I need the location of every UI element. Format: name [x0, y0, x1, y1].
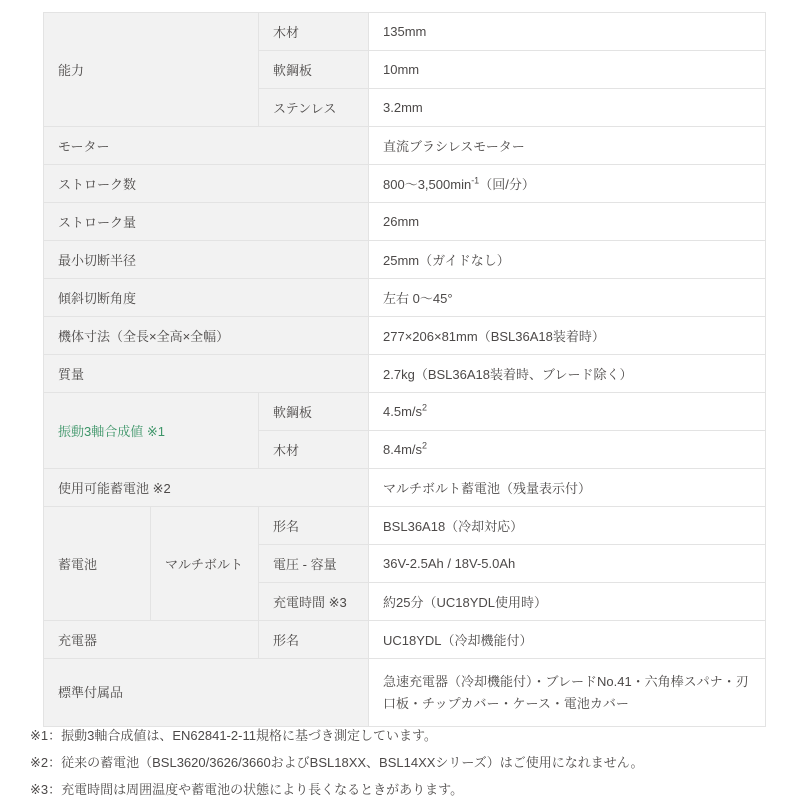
spec-label-stroke-length: ストローク量 — [44, 203, 369, 241]
spec-value-battery-voltage: 36V-2.5Ah / 18V-5.0Ah — [369, 545, 766, 583]
stroke-rate-superscript: -1 — [471, 176, 479, 186]
spec-section: 能力 木材 135mm 軟鋼板 10mm ステンレス 3.2mm モーター 直流… — [43, 12, 766, 727]
spec-label-capacity: 能力 — [44, 13, 259, 127]
row-weight: 質量 2.7kg（BSL36A18装着時、ブレード除く） — [44, 355, 766, 393]
spec-label-charger: 充電器 — [44, 621, 259, 659]
spec-value-accessories: 急速充電器（冷却機能付）・ブレードNo.41・六角棒スパナ・刃口板・チップカバー… — [369, 659, 766, 727]
vibration-wood-base: 8.4m/s — [383, 442, 422, 457]
spec-sublabel-battery-voltage: 電圧 - 容量 — [259, 545, 369, 583]
row-battery-model: 蓄電池 マルチボルト 形名 BSL36A18（冷却対応） — [44, 507, 766, 545]
spec-value-bevel-cutting-angle: 左右 0～45° — [369, 279, 766, 317]
spec-value-stroke-rate: 800～3,500min-1（回/分） — [369, 165, 766, 203]
footnotes: ※1：振動3軸合成値は、EN62841-2-11規格に基づき測定しています。 ※… — [30, 727, 644, 808]
spec-value-battery-charge-time: 約25分（UC18YDL使用時） — [369, 583, 766, 621]
spec-label-usable-battery: 使用可能蓄電池 ※2 — [44, 469, 369, 507]
vibration-mild-steel-superscript: 2 — [422, 403, 427, 413]
row-charger: 充電器 形名 UC18YDL（冷却機能付） — [44, 621, 766, 659]
spec-value-min-cutting-radius: 25mm（ガイドなし） — [369, 241, 766, 279]
row-motor: モーター 直流ブラシレスモーター — [44, 127, 766, 165]
spec-label-motor: モーター — [44, 127, 369, 165]
footnote-3: ※3：充電時間は周囲温度や蓄電池の状態により長くなるときがあります。 — [30, 781, 644, 798]
spec-label-multivolt: マルチボルト — [151, 507, 259, 621]
spec-value-motor: 直流ブラシレスモーター — [369, 127, 766, 165]
spec-sublabel-stainless: ステンレス — [259, 89, 369, 127]
spec-label-weight: 質量 — [44, 355, 369, 393]
row-usable-battery: 使用可能蓄電池 ※2 マルチボルト蓄電池（残量表示付） — [44, 469, 766, 507]
spec-sublabel-mild-steel: 軟鋼板 — [259, 51, 369, 89]
spec-sublabel-vibration-mild-steel: 軟鋼板 — [259, 393, 369, 431]
spec-label-vibration: 振動3軸合成値 ※1 — [44, 393, 259, 469]
spec-value-charger-model: UC18YDL（冷却機能付） — [369, 621, 766, 659]
spec-value-vibration-wood: 8.4m/s2 — [369, 431, 766, 469]
row-capacity-wood: 能力 木材 135mm — [44, 13, 766, 51]
stroke-rate-base: 800～3,500min — [383, 177, 471, 192]
footnote-1: ※1：振動3軸合成値は、EN62841-2-11規格に基づき測定しています。 — [30, 727, 644, 744]
spec-sublabel-vibration-wood: 木材 — [259, 431, 369, 469]
spec-value-dimensions: 277×206×81mm（BSL36A18装着時） — [369, 317, 766, 355]
row-vibration-mild-steel: 振動3軸合成値 ※1 軟鋼板 4.5m/s2 — [44, 393, 766, 431]
row-stroke-rate: ストローク数 800～3,500min-1（回/分） — [44, 165, 766, 203]
spec-label-stroke-rate: ストローク数 — [44, 165, 369, 203]
spec-label-accessories: 標準付属品 — [44, 659, 369, 727]
spec-label-battery: 蓄電池 — [44, 507, 151, 621]
stroke-rate-unit: （回/分） — [479, 177, 535, 192]
spec-value-stroke-length: 26mm — [369, 203, 766, 241]
row-min-cutting-radius: 最小切断半径 25mm（ガイドなし） — [44, 241, 766, 279]
spec-sublabel-wood: 木材 — [259, 13, 369, 51]
spec-sublabel-charger-model: 形名 — [259, 621, 369, 659]
spec-value-capacity-wood: 135mm — [369, 13, 766, 51]
vibration-wood-superscript: 2 — [422, 441, 427, 451]
spec-value-weight: 2.7kg（BSL36A18装着時、ブレード除く） — [369, 355, 766, 393]
spec-table: 能力 木材 135mm 軟鋼板 10mm ステンレス 3.2mm モーター 直流… — [43, 12, 766, 727]
vibration-mild-steel-base: 4.5m/s — [383, 404, 422, 419]
spec-label-bevel-cutting-angle: 傾斜切断角度 — [44, 279, 369, 317]
spec-sublabel-battery-model: 形名 — [259, 507, 369, 545]
row-stroke-length: ストローク量 26mm — [44, 203, 766, 241]
row-accessories: 標準付属品 急速充電器（冷却機能付）・ブレードNo.41・六角棒スパナ・刃口板・… — [44, 659, 766, 727]
spec-label-dimensions: 機体寸法（全長×全高×全幅） — [44, 317, 369, 355]
spec-value-capacity-stainless: 3.2mm — [369, 89, 766, 127]
spec-value-vibration-mild-steel: 4.5m/s2 — [369, 393, 766, 431]
spec-value-battery-model: BSL36A18（冷却対応） — [369, 507, 766, 545]
row-dimensions: 機体寸法（全長×全高×全幅） 277×206×81mm（BSL36A18装着時） — [44, 317, 766, 355]
spec-sublabel-battery-charge-time: 充電時間 ※3 — [259, 583, 369, 621]
row-bevel-cutting-angle: 傾斜切断角度 左右 0～45° — [44, 279, 766, 317]
spec-value-capacity-mild-steel: 10mm — [369, 51, 766, 89]
spec-label-min-cutting-radius: 最小切断半径 — [44, 241, 369, 279]
spec-value-usable-battery: マルチボルト蓄電池（残量表示付） — [369, 469, 766, 507]
footnote-2: ※2：従来の蓄電池（BSL3620/3626/3660およびBSL18XX、BS… — [30, 754, 644, 771]
